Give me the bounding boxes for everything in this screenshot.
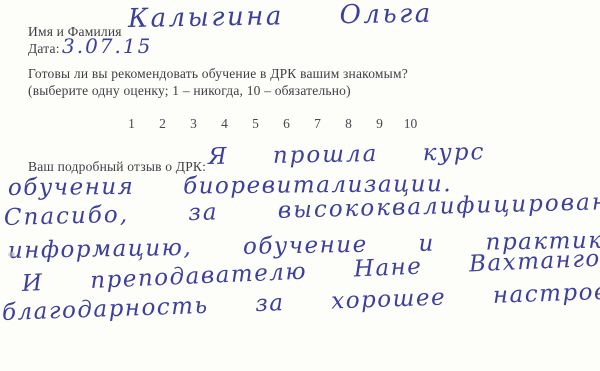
scanned-feedback-form: Имя и Фамилия Калыгина Ольга Дата: 3.07.…	[0, 0, 600, 371]
scale-option-9: 9	[364, 116, 395, 132]
scale-option-2: 2	[147, 116, 178, 132]
scale-option-5: 5	[240, 116, 271, 132]
rating-scale: 1 2 3 4 5 6 7 8 9 10	[116, 116, 426, 132]
scale-option-8: 8	[333, 116, 364, 132]
scale-option-4: 4	[209, 116, 240, 132]
scale-option-6: 6	[271, 116, 302, 132]
date-label: Дата:	[28, 41, 60, 57]
recommend-question-hint: (выберите одну оценку; 1 – никогда, 10 –…	[28, 83, 351, 99]
review-handwritten-line-1: Я прошла курс	[208, 139, 486, 170]
scan-smudge	[8, 252, 15, 257]
scale-option-3: 3	[178, 116, 209, 132]
date-handwritten-value: 3.07.15	[62, 34, 152, 58]
name-handwritten-value: Калыгина Ольга	[128, 0, 433, 34]
scale-option-1: 1	[116, 116, 147, 132]
scale-option-10: 10	[395, 116, 426, 132]
scale-option-7: 7	[302, 116, 333, 132]
recommend-question: Готовы ли вы рекомендовать обучение в ДР…	[28, 66, 408, 82]
